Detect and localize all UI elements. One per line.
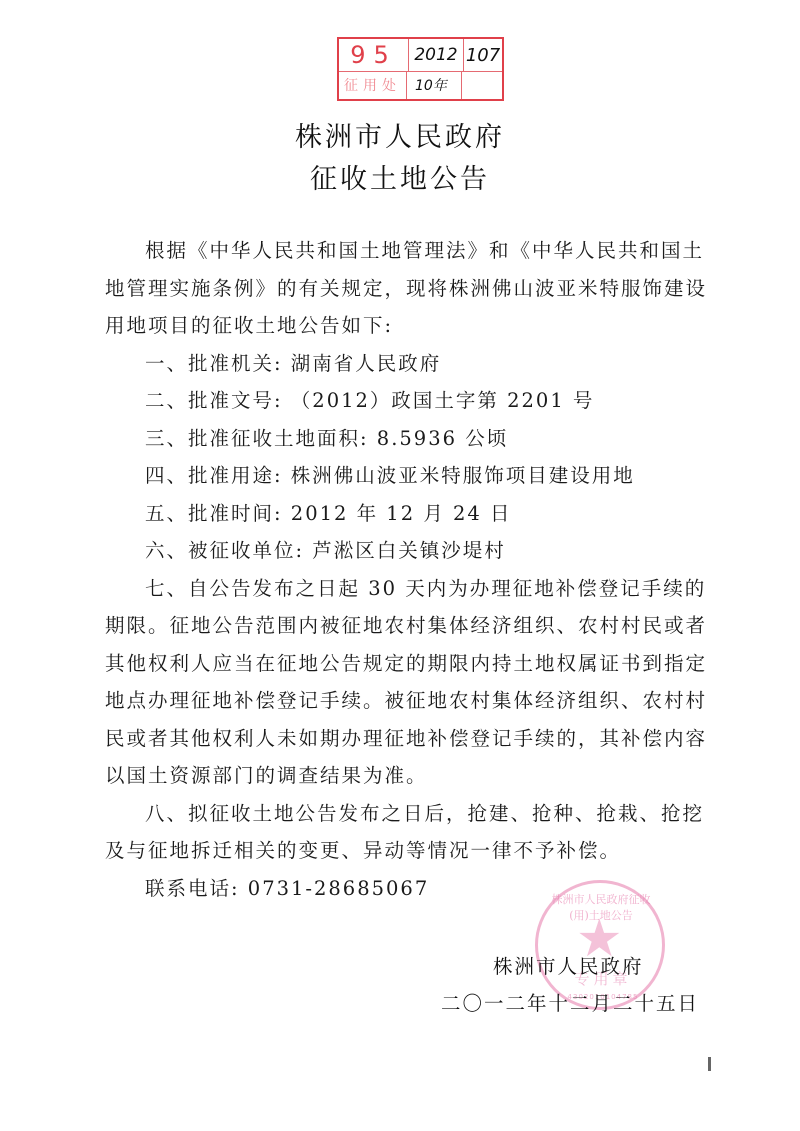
item-value: （2012）政国土字第 2201 号 (291, 389, 595, 412)
stamp-department: 征用处 (339, 72, 407, 99)
item-value: 湖南省人民政府 (291, 352, 442, 375)
issuer-title: 株洲市人民政府 (0, 115, 800, 154)
item-expropriated-unit: 六、被征收单位: 芦淞区白关镇沙堤村 (105, 532, 715, 570)
clause-registration-period: 七、自公告发布之日起 30 天内为办理征地补偿登记手续的期限。征地公告范围内被征… (105, 570, 715, 795)
contact-label: 联系电话: (145, 877, 248, 900)
scan-artifact (708, 1057, 711, 1071)
item-label: 二、批准文号: (145, 389, 291, 412)
stamp-doc-no: 107 (464, 39, 502, 72)
item-label: 四、批准用途: (145, 464, 291, 487)
signature-date: 二〇一二年十二月二十五日 (441, 988, 699, 1016)
stamp-number: 95 (339, 39, 409, 72)
item-label: 三、批准征收土地面积: (145, 427, 377, 450)
item-value: 株洲佛山波亚米特服饰项目建设用地 (291, 464, 635, 487)
signature-org: 株洲市人民政府 (493, 951, 644, 979)
item-label: 一、批准机关: (145, 352, 291, 375)
item-land-area: 三、批准征收土地面积: 8.5936 公顷 (105, 420, 715, 458)
item-approval-doc-no: 二、批准文号: （2012）政国土字第 2201 号 (105, 382, 715, 420)
contact-phone: 0731-28685067 (248, 877, 429, 900)
item-value: 2012 年 12 月 24 日 (291, 502, 512, 525)
item-label: 六、被征收单位: (145, 539, 312, 562)
item-value: 芦淞区白关镇沙堤村 (312, 539, 506, 562)
notice-body: 根据《中华人民共和国土地管理法》和《中华人民共和国土地管理实施条例》的有关规定，… (105, 232, 715, 907)
item-approval-authority: 一、批准机关: 湖南省人民政府 (105, 345, 715, 383)
intro-paragraph: 根据《中华人民共和国土地管理法》和《中华人民共和国土地管理实施条例》的有关规定，… (105, 232, 715, 345)
item-land-use: 四、批准用途: 株洲佛山波亚米特服饰项目建设用地 (105, 457, 715, 495)
document-title: 征收土地公告 (0, 157, 800, 196)
item-label: 五、批准时间: (145, 502, 291, 525)
stamp-year: 2012 (409, 39, 464, 72)
stamp-empty-cell (462, 72, 502, 99)
clause-no-compensation: 八、拟征收土地公告发布之日后，抢建、抢种、抢栽、抢挖及与征地拆迁相关的变更、异动… (105, 795, 715, 870)
filing-stamp: 95 2012 107 征用处 10年 (337, 37, 504, 101)
stamp-retention: 10年 (407, 72, 462, 99)
item-value: 8.5936 公顷 (377, 427, 508, 450)
item-approval-date: 五、批准时间: 2012 年 12 月 24 日 (105, 495, 715, 533)
